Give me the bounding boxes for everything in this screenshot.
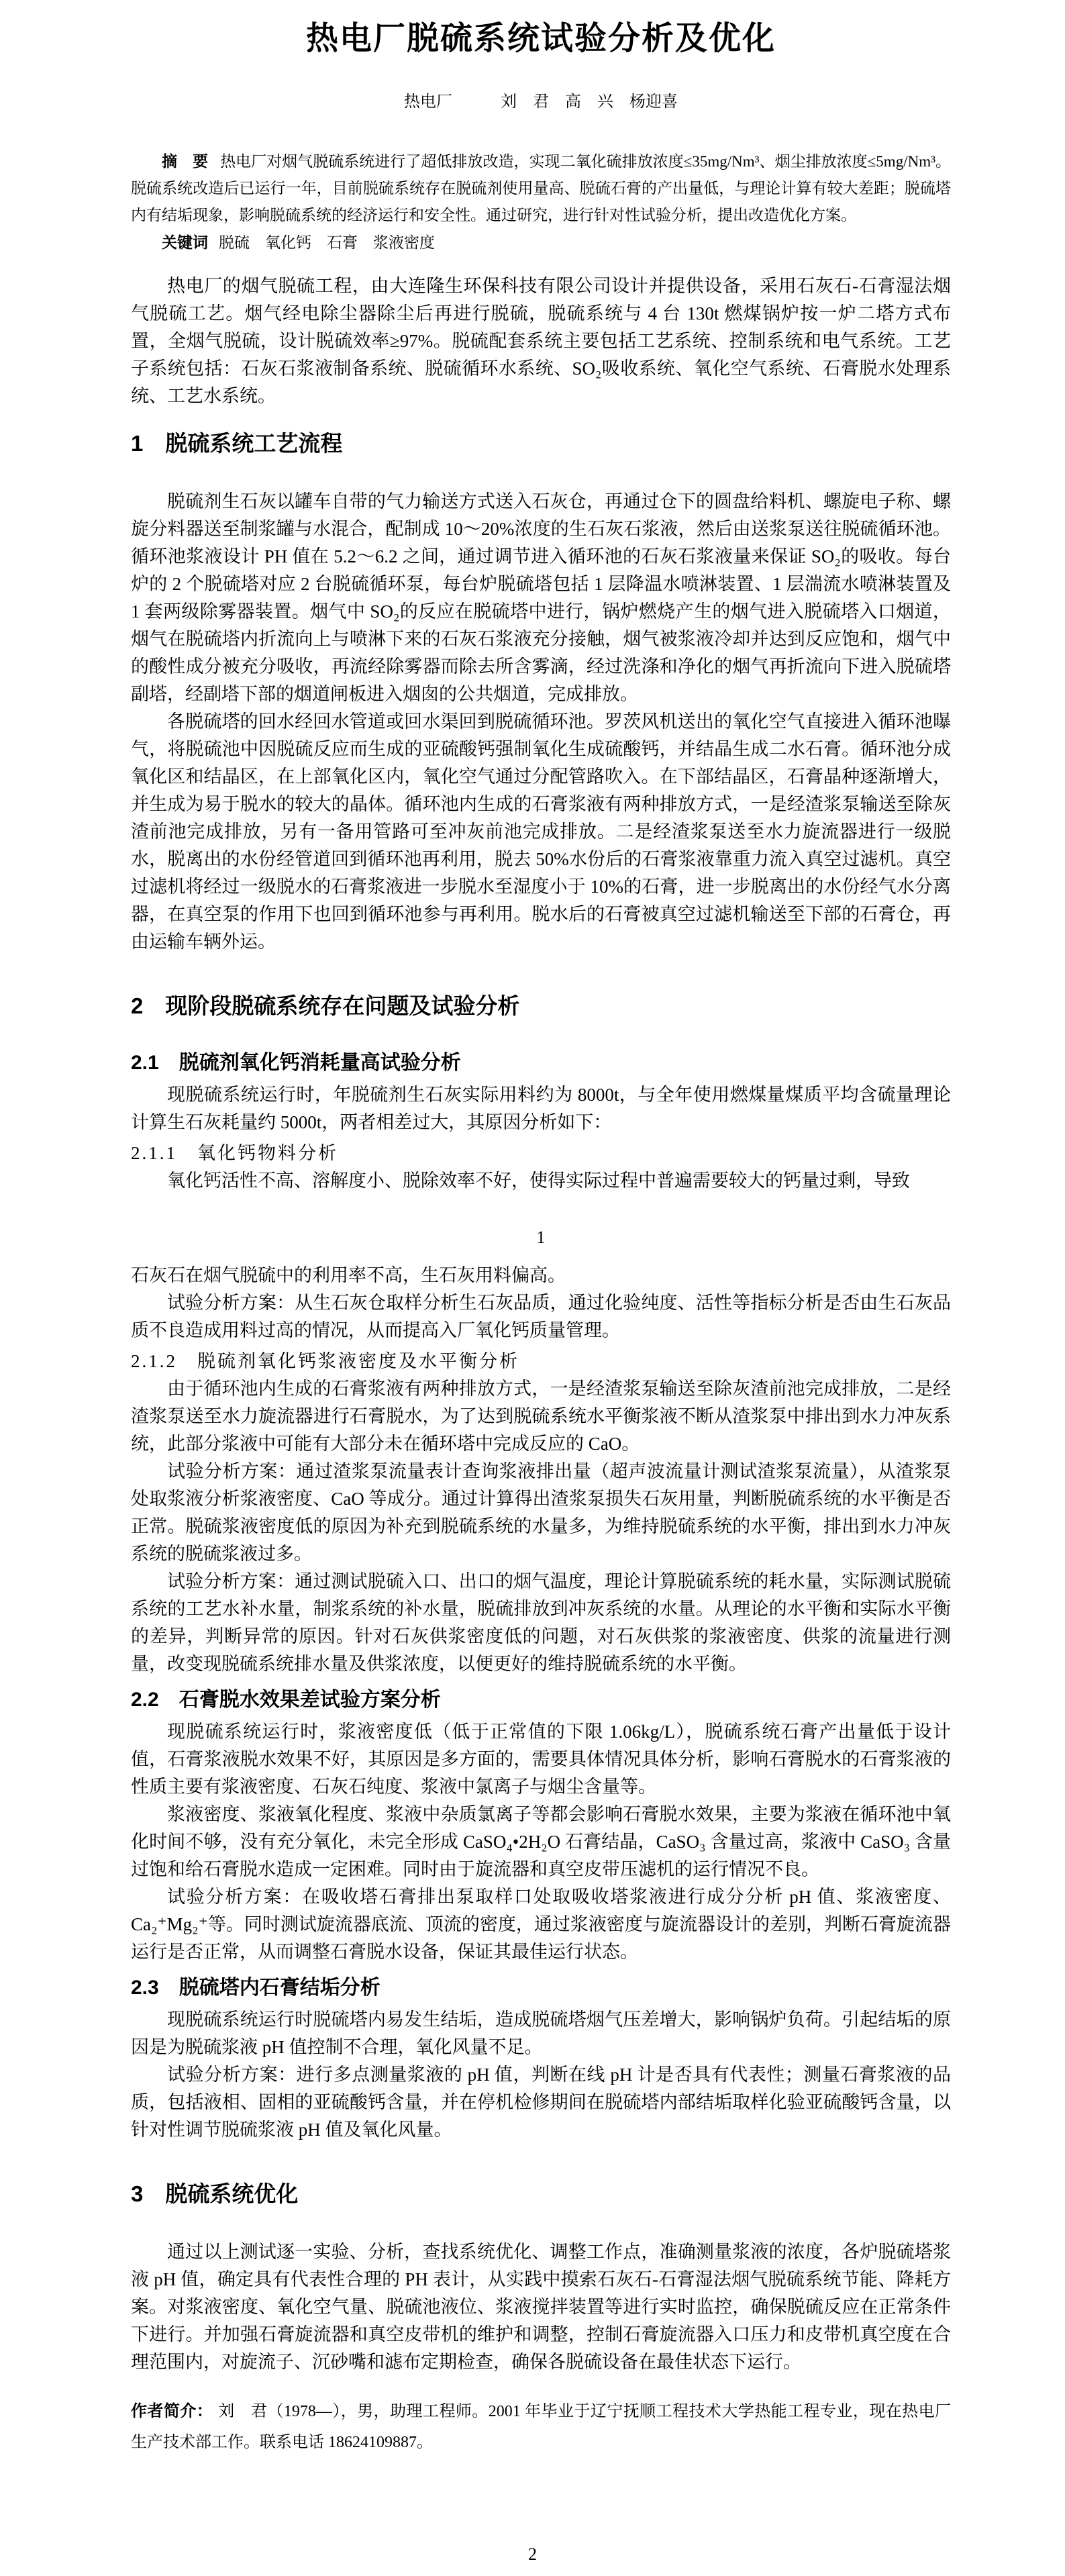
- abstract-label: 摘 要: [162, 152, 208, 170]
- section-2-1-1-paragraph-1: 氧化钙活性不高、溶解度小、脱除效率不好，使得实际过程中普遍需要较大的钙量过剩，导…: [131, 1167, 951, 1195]
- section-2-3-heading: 2.3 脱硫塔内石膏结垢分析: [131, 1975, 951, 2001]
- section-2-2-paragraph-3: 试验分析方案：在吸收塔石膏排出泵取样口处取吸收塔浆液进行成分分析 pH 值、浆液…: [131, 1883, 951, 1966]
- section-2-2-heading: 2.2 石膏脱水效果差试验方案分析: [131, 1687, 951, 1713]
- keywords-text: 脱硫 氧化钙 石膏 浆液密度: [219, 234, 435, 251]
- section-2-1-paragraph-1: 现脱硫系统运行时，年脱硫剂生石灰实际用料约为 8000t，与全年使用燃煤量煤质平…: [131, 1081, 951, 1136]
- section-2-2-paragraph-2: 浆液密度、浆液氧化程度、浆液中杂质氯离子等都会影响石膏脱水效果，主要为浆液在循环…: [131, 1801, 951, 1883]
- section-1-paragraph-2: 各脱硫塔的回水经回水管道或回水渠回到脱硫循环池。罗茨风机送出的氧化空气直接进入循…: [131, 708, 951, 956]
- keywords-label: 关键词: [162, 234, 208, 251]
- section-2-1-2-paragraph-2: 试验分析方案：通过渣浆泵流量表计查询浆液排出量（超声波流量计测试渣浆泵流量），从…: [131, 1458, 951, 1568]
- section-2-1-1-paragraph-1-continued: 石灰石在烟气脱硫中的利用率不高，生石灰用料偏高。: [131, 1262, 951, 1289]
- author-bio-text: 刘 君（1978—），男，助理工程师。2001 年毕业于辽宁抚顺工程技术大学热能…: [131, 2403, 951, 2451]
- paper-title: 热电厂脱硫系统试验分析及优化: [131, 19, 951, 59]
- section-3-paragraph-1: 通过以上测试逐一实验、分析，查找系统优化、调整工作点，准确测量浆液的浓度，各炉脱…: [131, 2238, 951, 2376]
- section-2-1-heading: 2.1 脱硫剂氧化钙消耗量高试验分析: [131, 1050, 951, 1076]
- page-number-1: 1: [131, 1227, 951, 1248]
- section-2-heading: 2 现阶段脱硫系统存在问题及试验分析: [131, 993, 951, 1020]
- author-bio: 作者简介：刘 君（1978—），男，助理工程师。2001 年毕业于辽宁抚顺工程技…: [131, 2396, 951, 2458]
- section-2-1-1-paragraph-2: 试验分析方案：从生石灰仓取样分析生石灰品质，通过化验纯度、活性等指标分析是否由生…: [131, 1289, 951, 1344]
- section-1-heading: 1 脱硫系统工艺流程: [131, 430, 951, 457]
- author-bio-label: 作者简介：: [131, 2402, 213, 2420]
- section-2-3-paragraph-2: 试验分析方案：进行多点测量浆液的 pH 值，判断在线 pH 计是否具有代表性；测…: [131, 2061, 951, 2144]
- section-2-1-1-heading: 2.1.1 氧化钙物料分析: [131, 1140, 951, 1167]
- page-number-2: 2: [0, 2544, 1065, 2565]
- section-3-heading: 3 脱硫系统优化: [131, 2181, 951, 2208]
- section-2-2-paragraph-1: 现脱硫系统运行时，浆液密度低（低于正常值的下限 1.06kg/L），脱硫系统石膏…: [131, 1718, 951, 1801]
- section-2-1-2-heading: 2.1.2 脱硫剂氧化钙浆液密度及水平衡分析: [131, 1348, 951, 1375]
- abstract-text: 热电厂对烟气脱硫系统进行了超低排放改造，实现二氧化硫排放浓度≤35mg/Nm³、…: [131, 153, 951, 224]
- abstract: 摘 要热电厂对烟气脱硫系统进行了超低排放改造，实现二氧化硫排放浓度≤35mg/N…: [131, 148, 951, 229]
- intro-paragraph: 热电厂的烟气脱硫工程，由大连隆生环保科技有限公司设计并提供设备，采用石灰石-石膏…: [131, 273, 951, 410]
- keywords: 关键词脱硫 氧化钙 石膏 浆液密度: [131, 229, 951, 256]
- section-1-paragraph-1: 脱硫剂生石灰以罐车自带的气力输送方式送入石灰仓，再通过仓下的圆盘给料机、螺旋电子…: [131, 488, 951, 708]
- section-2-1-2-paragraph-3: 试验分析方案：通过测试脱硫入口、出口的烟气温度，理论计算脱硫系统的耗水量，实际测…: [131, 1568, 951, 1678]
- section-2-1-2-paragraph-1: 由于循环池内生成的石膏浆液有两种排放方式，一是经渣浆泵输送至除灰渣前池完成排放，…: [131, 1375, 951, 1458]
- document-page: 热电厂脱硫系统试验分析及优化 热电厂 刘 君 高 兴 杨迎喜 摘 要热电厂对烟气…: [0, 0, 1065, 2576]
- section-2-3-paragraph-1: 现脱硫系统运行时脱硫塔内易发生结垢，造成脱硫塔烟气压差增大，影响锅炉负荷。引起结…: [131, 2006, 951, 2061]
- authors-line: 热电厂 刘 君 高 兴 杨迎喜: [131, 91, 951, 113]
